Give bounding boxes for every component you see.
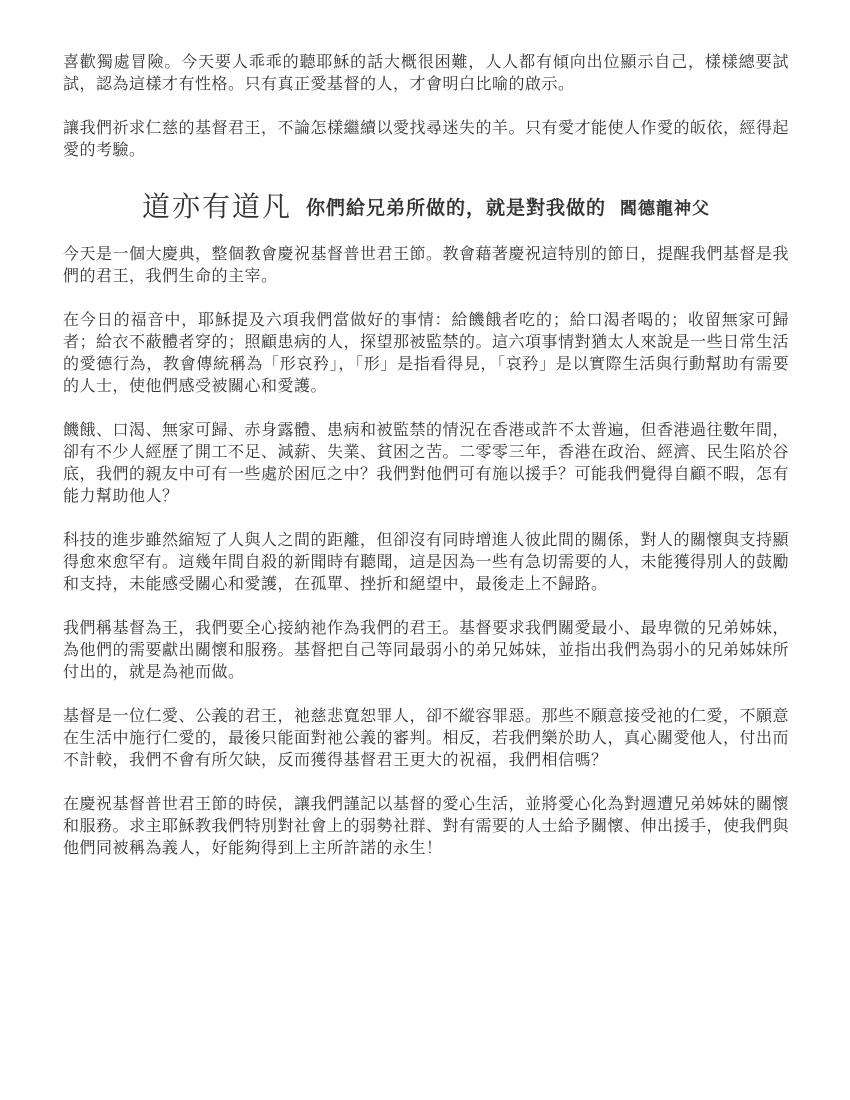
article-author: 閻德龍神父	[620, 199, 710, 218]
column-title: 道亦有道凡	[142, 192, 292, 223]
body-paragraph-7: 在慶祝基督普世君王節的時侯，讓我們謹記以基督的愛心生活，並將愛心化為對週遭兄弟姊…	[63, 794, 789, 860]
intro-paragraph-1: 喜歡獨處冒險。今天要人乖乖的聽耶穌的話大概很困難，人人都有傾向出位顯示自己，樣樣…	[63, 52, 789, 96]
body-paragraph-4: 科技的進步雖然縮短了人與人之間的距離，但卻沒有同時增進人彼此間的關係，對人的關懷…	[63, 530, 789, 596]
intro-paragraph-2: 讓我們祈求仁慈的基督君王，不論怎樣繼續以愛找尋迷失的羊。只有愛才能使人作愛的皈依…	[63, 118, 789, 162]
article-heading: 道亦有道凡 你們給兄弟所做的，就是對我做的 閻德龍神父	[63, 188, 789, 228]
article-title: 你們給兄弟所做的，就是對我做的	[306, 198, 606, 219]
body-paragraph-5: 我們稱基督為王，我們要全心接納祂作為我們的君王。基督要求我們關愛最小、最卑微的兄…	[63, 618, 789, 684]
body-paragraph-2: 在今日的福音中，耶穌提及六項我們當做好的事情：給饑餓者吃的；給口渴者喝的；收留無…	[63, 310, 789, 398]
body-paragraph-3: 饑餓、口渴、無家可歸、赤身露體、患病和被監禁的情況在香港或許不太普遍，但香港過往…	[63, 420, 789, 508]
document-page: 喜歡獨處冒險。今天要人乖乖的聽耶穌的話大概很困難，人人都有傾向出位顯示自己，樣樣…	[0, 0, 850, 1100]
body-paragraph-6: 基督是一位仁愛、公義的君王，祂慈悲寬恕罪人，卻不縱容罪惡。那些不願意接受祂的仁愛…	[63, 706, 789, 772]
body-paragraph-1: 今天是一個大慶典，整個教會慶祝基督普世君王節。教會藉著慶祝這特別的節日，提醒我們…	[63, 244, 789, 288]
